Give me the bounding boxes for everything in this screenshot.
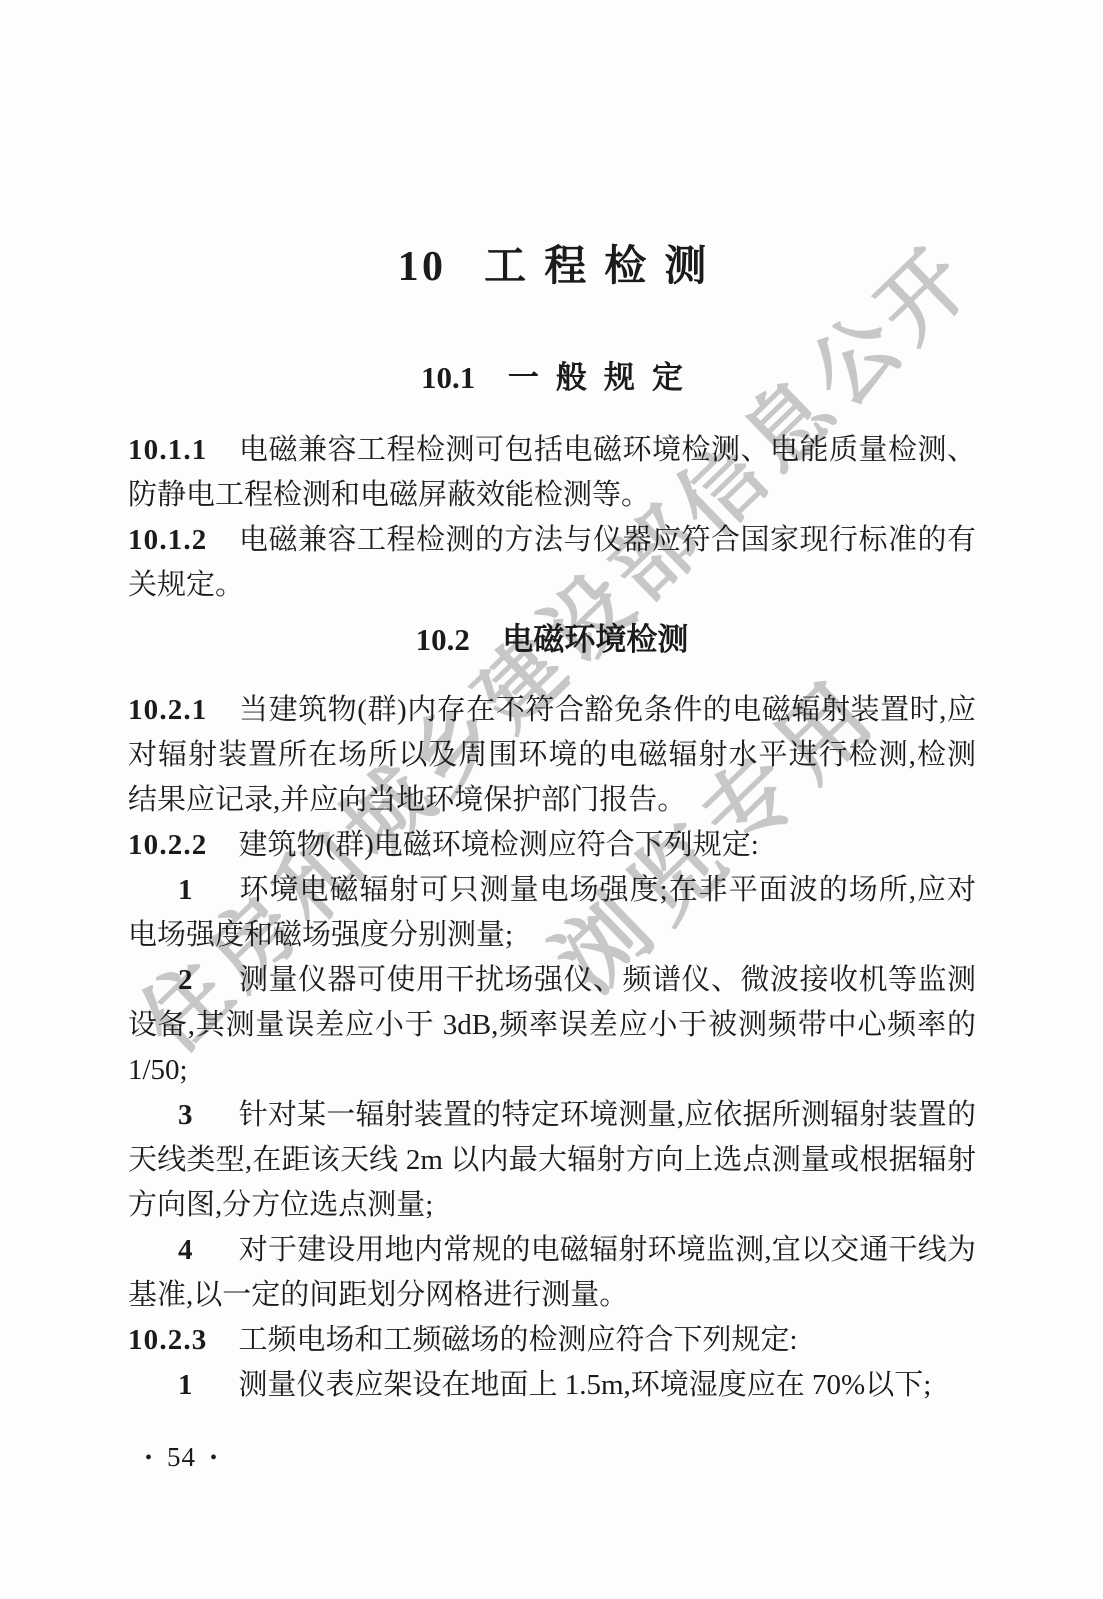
- clause-10-2-1: 10.2.1当建筑物(群)内存在不符合豁免条件的电磁辐射装置时,应对辐射装置所在…: [128, 688, 976, 823]
- page-footer: •54•: [145, 1441, 218, 1474]
- document-page: 住房和城乡建设部信息公开 浏览专用 10工程检测 10.1一般规定 10.1.1…: [0, 0, 1103, 1599]
- clause-text: 工频电场和工频磁场的检测应符合下列规定:: [238, 1324, 797, 1356]
- section-title-text: 电磁环境检测: [502, 622, 688, 657]
- page-number: 54: [167, 1442, 196, 1472]
- item-number: 1: [178, 874, 193, 906]
- clause-10-1-2: 10.1.2电磁兼容工程检测的方法与仪器应符合国家现行标准的有关规定。: [128, 518, 976, 608]
- clause-number: 10.2.2: [128, 829, 207, 861]
- list-item-1: 1环境电磁辐射可只测量电场强度;在非平面波的场所,应对电场强度和磁场强度分别测量…: [128, 868, 976, 958]
- clause-text: 当建筑物(群)内存在不符合豁免条件的电磁辐射装置时,应对辐射装置所在场所以及周围…: [128, 694, 976, 816]
- footer-bullet-right: •: [210, 1447, 218, 1469]
- item-number: 1: [178, 1369, 193, 1401]
- chapter-title: 10工程检测: [128, 238, 976, 296]
- item-text: 针对某一辐射装置的特定环境测量,应依据所测辐射装置的天线类型,在距该天线 2m …: [128, 1099, 976, 1221]
- chapter-number: 10: [398, 244, 447, 290]
- list-item-1b: 1测量仪表应架设在地面上 1.5m,环境湿度应在 70%以下;: [128, 1363, 976, 1408]
- section-title-text: 一般规定: [508, 360, 700, 395]
- item-number: 2: [178, 964, 193, 996]
- list-item-3: 3针对某一辐射装置的特定环境测量,应依据所测辐射装置的天线类型,在距该天线 2m…: [128, 1093, 976, 1228]
- footer-bullet-left: •: [145, 1447, 153, 1469]
- clause-text: 电磁兼容工程检测可包括电磁环境检测、电能质量检测、防静电工程检测和电磁屏蔽效能检…: [128, 434, 976, 511]
- clause-text: 电磁兼容工程检测的方法与仪器应符合国家现行标准的有关规定。: [128, 524, 976, 601]
- list-item-2: 2测量仪器可使用干扰场强仪、频谱仪、微波接收机等监测设备,其测量误差应小于 3d…: [128, 958, 976, 1093]
- item-text: 对于建设用地内常规的电磁辐射环境监测,宜以交通干线为基准,以一定的间距划分网格进…: [128, 1234, 976, 1311]
- chapter-title-text: 工程检测: [484, 244, 724, 290]
- section-number: 10.1: [421, 360, 475, 395]
- page-content: 10工程检测 10.1一般规定 10.1.1电磁兼容工程检测可包括电磁环境检测、…: [128, 0, 976, 1599]
- section-heading-10-2: 10.2电磁环境检测: [128, 617, 976, 662]
- item-text: 测量仪表应架设在地面上 1.5m,环境湿度应在 70%以下;: [239, 1369, 932, 1401]
- item-text: 测量仪器可使用干扰场强仪、频谱仪、微波接收机等监测设备,其测量误差应小于 3dB…: [128, 964, 976, 1086]
- clause-number: 10.2.1: [128, 694, 207, 726]
- item-number: 3: [178, 1099, 193, 1131]
- section-heading-10-1: 10.1一般规定: [128, 355, 976, 400]
- clause-10-2-3: 10.2.3工频电场和工频磁场的检测应符合下列规定:: [128, 1318, 976, 1363]
- clause-number: 10.1.2: [128, 524, 207, 556]
- clause-text: 建筑物(群)电磁环境检测应符合下列规定:: [238, 829, 758, 861]
- item-number: 4: [178, 1234, 193, 1266]
- section-number: 10.2: [416, 622, 470, 657]
- clause-number: 10.2.3: [128, 1324, 207, 1356]
- item-text: 环境电磁辐射可只测量电场强度;在非平面波的场所,应对电场强度和磁场强度分别测量;: [128, 874, 976, 951]
- clause-number: 10.1.1: [128, 434, 207, 466]
- clause-10-1-1: 10.1.1电磁兼容工程检测可包括电磁环境检测、电能质量检测、防静电工程检测和电…: [128, 428, 976, 518]
- clause-10-2-2: 10.2.2建筑物(群)电磁环境检测应符合下列规定:: [128, 823, 976, 868]
- list-item-4: 4对于建设用地内常规的电磁辐射环境监测,宜以交通干线为基准,以一定的间距划分网格…: [128, 1228, 976, 1318]
